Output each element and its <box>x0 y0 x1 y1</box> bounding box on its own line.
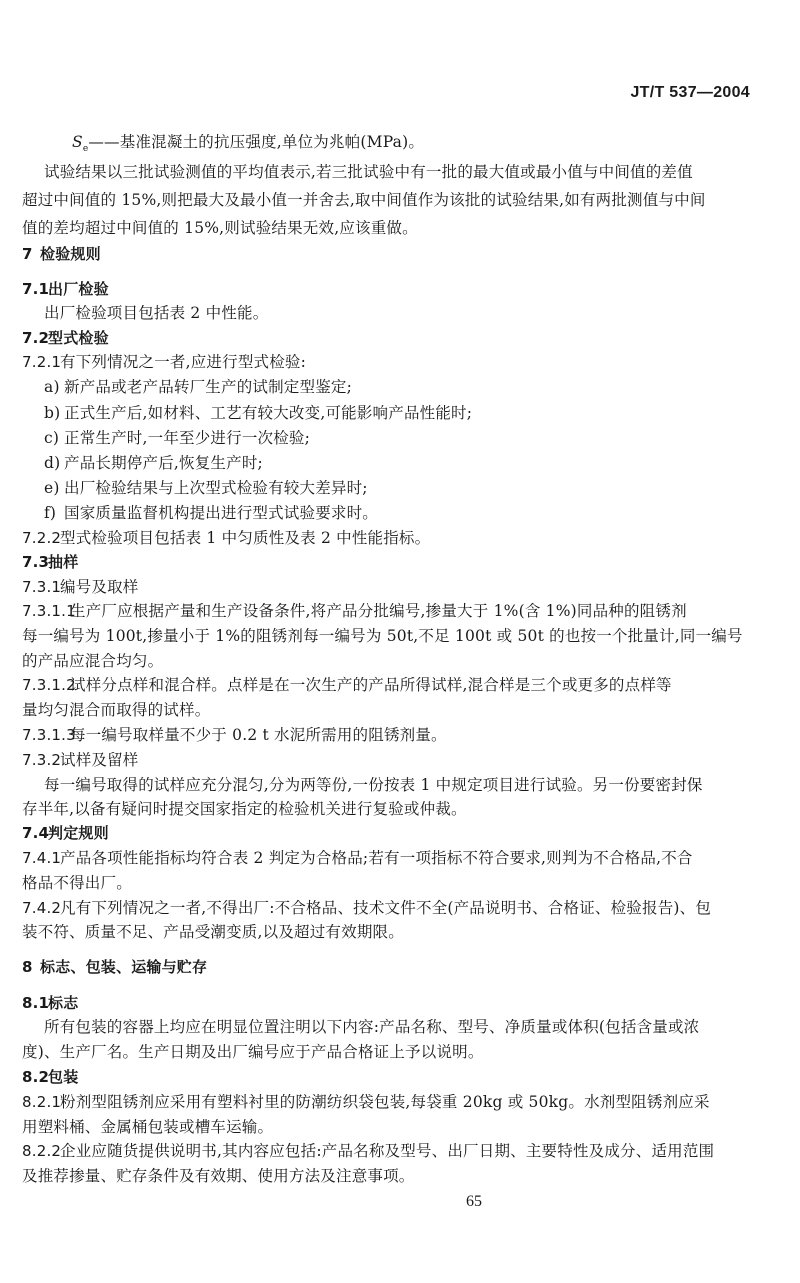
clause-7-2-2: 7.2.2型式检验项目包括表 1 中匀质性及表 2 中性能指标。 <box>22 528 430 548</box>
clause-text: 每一编号取样量不少于 0.2 t 水泥所需用的阻锈剂量。 <box>70 725 447 745</box>
clause-7-2-1: 7.2.1有下列情况之一者,应进行型式检验: <box>22 352 306 372</box>
list-item-a: a)新产品或老产品转厂生产的试制定型鉴定; <box>44 377 352 397</box>
section-8-2-heading: 8.2包装 <box>22 1067 78 1087</box>
clause-number: 8.2.2 <box>22 1141 60 1161</box>
list-item-e: e)出厂检验结果与上次型式检验有较大差异时; <box>44 478 368 498</box>
clause-number: 7.3.1.2 <box>22 675 70 695</box>
list-label: a) <box>44 377 64 397</box>
section-7-3-heading: 7.3抽样 <box>22 552 78 572</box>
list-text: 出厂检验结果与上次型式检验有较大差异时; <box>64 478 368 498</box>
clause-7-3-2: 7.3.2试样及留样 <box>22 750 139 770</box>
clause-7-3-2-body-line-2: 存半年,以备有疑问时提交国家指定的检验机关进行复验或仲裁。 <box>22 799 467 819</box>
list-label: b) <box>44 403 64 423</box>
section-8-1-heading: 8.1标志 <box>22 993 78 1013</box>
clause-7-3-1-1-line-1: 7.3.1.1生产厂应根据产量和生产设备条件,将产品分批编号,掺量大于 1%(含… <box>22 601 687 621</box>
section-title: 标志 <box>48 993 78 1013</box>
clause-7-4-2-line-2: 装不符、质量不足、产品受潮变质,以及超过有效期限。 <box>22 922 404 942</box>
section-number: 7.1 <box>22 279 48 299</box>
clause-number: 7.3.1 <box>22 577 60 597</box>
section-title: 检验规则 <box>40 244 101 264</box>
section-title: 标志、包装、运输与贮存 <box>40 957 207 977</box>
clause-number: 7.3.2 <box>22 750 60 770</box>
section-7-1-heading: 7.1出厂检验 <box>22 279 109 299</box>
clause-7-3-1-2-line-2: 量均匀混合而取得的试样。 <box>22 700 210 720</box>
formula-symbol: S <box>72 133 83 151</box>
section-8-1-body-line-2: 度)、生产厂名。生产日期及出厂编号应于产品合格证上予以说明。 <box>22 1042 484 1062</box>
clause-7-3-2-body-line-1: 每一编号取得的试样应充分混匀,分为两等份,一份按表 1 中规定项目进行试验。另一… <box>44 775 703 795</box>
clause-text: 有下列情况之一者,应进行型式检验: <box>60 352 306 372</box>
clause-7-3-1-2-line-1: 7.3.1.2试样分点样和混合样。点样是在一次生产的产品所得试样,混合样是三个或… <box>22 675 672 695</box>
clause-number: 8.2.1 <box>22 1092 60 1112</box>
list-item-b: b)正式生产后,如材料、工艺有较大改变,可能影响产品性能时; <box>44 403 472 423</box>
section-8-1-body-line-1: 所有包装的容器上均应在明显位置注明以下内容:产品名称、型号、净质量或体积(包括含… <box>44 1017 699 1037</box>
clause-number: 7.3.1.1 <box>22 601 70 621</box>
clause-text: 型式检验项目包括表 1 中匀质性及表 2 中性能指标。 <box>60 528 430 548</box>
list-text: 国家质量监督机构提出进行型式试验要求时。 <box>64 503 378 523</box>
list-label: d) <box>44 453 64 473</box>
list-text: 正常生产时,一年至少进行一次检验; <box>64 428 310 448</box>
clause-7-4-2-line-1: 7.4.2凡有下列情况之一者,不得出厂:不合格品、技术文件不全(产品说明书、合格… <box>22 898 711 918</box>
section-number: 8.1 <box>22 993 48 1013</box>
section-title: 型式检验 <box>48 328 109 348</box>
clause-text: 粉剂型阻锈剂应采用有塑料衬里的防潮纺织袋包装,每袋重 20kg 或 50kg。水… <box>60 1092 710 1112</box>
section-number: 7.3 <box>22 552 48 572</box>
clause-text: 产品各项性能指标均符合表 2 判定为合格品;若有一项指标不符合要求,则判为不合格… <box>60 848 693 868</box>
formula-note: Se——基准混凝土的抗压强度,单位为兆帕(MPa)。 <box>72 132 424 159</box>
clause-7-4-1-line-2: 格品不得出厂。 <box>22 873 132 893</box>
clause-8-2-1-line-1: 8.2.1粉剂型阻锈剂应采用有塑料衬里的防潮纺织袋包装,每袋重 20kg 或 5… <box>22 1092 710 1112</box>
clause-text: 凡有下列情况之一者,不得出厂:不合格品、技术文件不全(产品说明书、合格证、检验报… <box>60 898 711 918</box>
standard-code: JT/T 537—2004 <box>630 84 750 102</box>
list-label: f) <box>44 503 64 523</box>
clause-8-2-2-line-2: 及推荐掺量、贮存条件及有效期、使用方法及注意事项。 <box>22 1166 415 1186</box>
result-paragraph-line-2: 超过中间值的 15%,则把最大及最小值一并舍去,取中间值作为该批的试验结果,如有… <box>22 190 706 210</box>
formula-definition: ——基准混凝土的抗压强度,单位为兆帕(MPa)。 <box>88 133 424 151</box>
list-text: 正式生产后,如材料、工艺有较大改变,可能影响产品性能时; <box>64 403 472 423</box>
clause-number: 7.3.1.3 <box>22 725 70 745</box>
list-item-c: c)正常生产时,一年至少进行一次检验; <box>44 428 310 448</box>
clause-7-3-1-3: 7.3.1.3每一编号取样量不少于 0.2 t 水泥所需用的阻锈剂量。 <box>22 725 447 745</box>
clause-text: 试样及留样 <box>60 750 139 770</box>
result-paragraph-line-3: 值的差均超过中间值的 15%,则试验结果无效,应该重做。 <box>22 218 418 238</box>
list-label: c) <box>44 428 64 448</box>
clause-7-3-1-1-line-3: 的产品应混合均匀。 <box>22 651 163 671</box>
clause-number: 7.4.1 <box>22 848 60 868</box>
section-title: 抽样 <box>48 552 78 572</box>
list-item-d: d)产品长期停产后,恢复生产时; <box>44 453 263 473</box>
clause-8-2-1-line-2: 用塑料桶、金属桶包装或槽车运输。 <box>22 1117 273 1137</box>
list-item-f: f)国家质量监督机构提出进行型式试验要求时。 <box>44 503 378 523</box>
section-7-heading: 7检验规则 <box>22 244 101 264</box>
section-title: 出厂检验 <box>48 279 109 299</box>
list-text: 产品长期停产后,恢复生产时; <box>64 453 263 473</box>
list-text: 新产品或老产品转厂生产的试制定型鉴定; <box>64 377 352 397</box>
result-paragraph-line-1: 试验结果以三批试验测值的平均值表示,若三批试验中有一批的最大值或最小值与中间值的… <box>44 162 693 182</box>
section-number: 7.2 <box>22 328 48 348</box>
section-number: 7 <box>22 244 40 264</box>
clause-text: 企业应随货提供说明书,其内容应包括:产品名称及型号、出厂日期、主要特性及成分、适… <box>60 1141 714 1161</box>
clause-number: 7.2.2 <box>22 528 60 548</box>
section-8-heading: 8标志、包装、运输与贮存 <box>22 957 207 977</box>
section-7-1-body: 出厂检验项目包括表 2 中性能。 <box>44 303 268 323</box>
section-7-2-heading: 7.2型式检验 <box>22 328 109 348</box>
section-title: 判定规则 <box>48 823 109 843</box>
section-7-4-heading: 7.4判定规则 <box>22 823 109 843</box>
clause-number: 7.2.1 <box>22 352 60 372</box>
section-number: 7.4 <box>22 823 48 843</box>
page-number: 65 <box>466 1193 482 1211</box>
section-number: 8 <box>22 957 40 977</box>
clause-text: 试样分点样和混合样。点样是在一次生产的产品所得试样,混合样是三个或更多的点样等 <box>70 675 672 695</box>
clause-7-3-1: 7.3.1编号及取样 <box>22 577 139 597</box>
list-label: e) <box>44 478 64 498</box>
clause-text: 生产厂应根据产量和生产设备条件,将产品分批编号,掺量大于 1%(含 1%)同品种… <box>70 601 687 621</box>
section-number: 8.2 <box>22 1067 48 1087</box>
clause-number: 7.4.2 <box>22 898 60 918</box>
clause-text: 编号及取样 <box>60 577 139 597</box>
section-title: 包装 <box>48 1067 78 1087</box>
clause-7-4-1-line-1: 7.4.1产品各项性能指标均符合表 2 判定为合格品;若有一项指标不符合要求,则… <box>22 848 693 868</box>
clause-7-3-1-1-line-2: 每一编号为 100t,掺量小于 1%的阻锈剂每一编号为 50t,不足 100t … <box>22 626 743 646</box>
clause-8-2-2-line-1: 8.2.2企业应随货提供说明书,其内容应包括:产品名称及型号、出厂日期、主要特性… <box>22 1141 714 1161</box>
